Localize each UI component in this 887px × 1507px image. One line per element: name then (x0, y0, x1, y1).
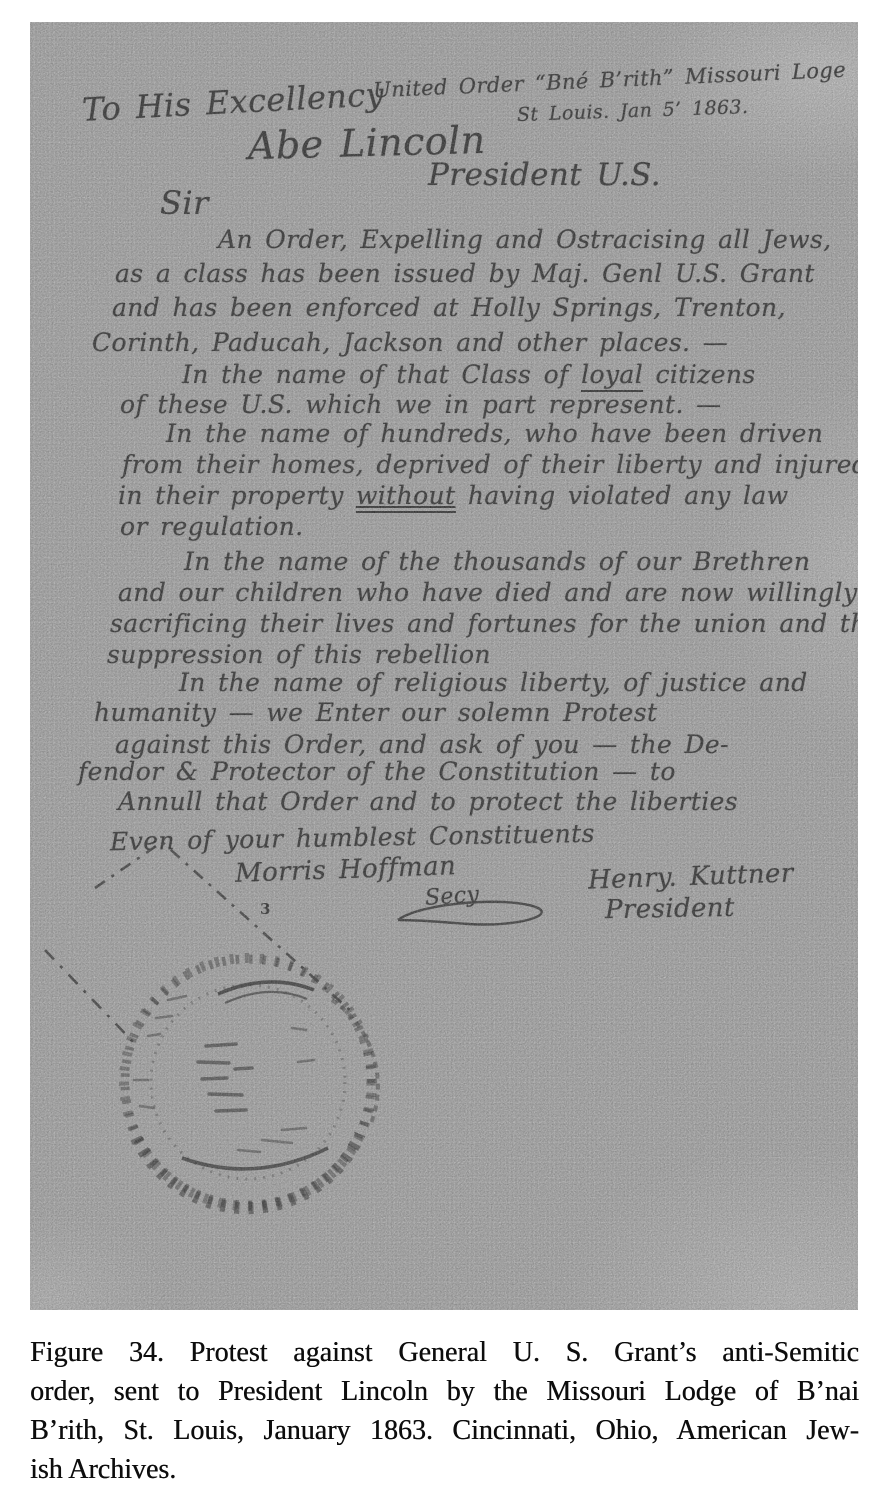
figure-caption: Figure 34. Protest against General U. S.… (30, 1333, 859, 1489)
letter-line: Corinth, Paducah, Jackson and other plac… (92, 330, 728, 355)
addressee-line-3: President U.S. (428, 160, 661, 191)
signature-secretary-name: Morris Hoffman (235, 853, 457, 887)
lodge-seal-icon (114, 948, 383, 1217)
letter-line: or regulation. (120, 514, 303, 539)
letter-line: as a class has been issued by Maj. Genl … (115, 261, 815, 286)
underlined-word-without: without (356, 481, 456, 513)
letter-line: In the name of the thousands of our Bret… (184, 549, 810, 574)
caption-line: B’rith, St. Louis, January 1863. Cincinn… (30, 1411, 859, 1450)
letter-line: An Order, Expelling and Ostracising all … (218, 227, 832, 252)
letter-line: and has been enforced at Holly Springs, … (112, 295, 786, 320)
caption-line: order, sent to President Lincoln by the … (30, 1372, 859, 1411)
signature-president-title: President (605, 895, 735, 923)
caption-line: Figure 34. Protest against General U. S.… (30, 1333, 859, 1372)
letter-line: In the name of that Class of loyal citiz… (182, 362, 756, 387)
letter-line: Annull that Order and to protect the lib… (118, 789, 738, 814)
letter-line: from their homes, deprived of their libe… (122, 452, 858, 477)
letter-line: in their property without having violate… (118, 483, 788, 508)
letter-line: of these U.S. which we in part represent… (120, 392, 722, 417)
caption-line: ish Archives. (30, 1450, 859, 1489)
letter-line: sacrificing their lives and fortunes for… (110, 611, 858, 636)
addressee-line-1: To His Excellency (81, 78, 384, 126)
letter-line: humanity — we Enter our solemn Protest (94, 700, 657, 725)
book-page: { "letter": { "org_line": "United Order … (0, 0, 887, 1507)
line-text: in their property (118, 481, 356, 510)
letter-line: In the name of religious liberty, of jus… (179, 670, 808, 695)
letter-photo: United Order “Bné B’rith” Missouri Loge … (30, 22, 858, 1310)
line-text: having violated any law (456, 481, 789, 510)
salutation: Sir (160, 187, 209, 219)
crease-label: 3 (260, 900, 270, 918)
signature-president-name: Henry. Kuttner (588, 860, 794, 893)
letter-line: In the name of hundreds, who have been d… (166, 421, 823, 446)
letter-line: and our children who have died and are n… (118, 580, 857, 605)
letter-line: fendor & Protector of the Constitution —… (78, 759, 676, 784)
line-text: citizens (643, 360, 755, 389)
line-text: In the name of that Class of (182, 360, 581, 389)
underlined-word-loyal: loyal (581, 360, 643, 392)
letter-line: against this Order, and ask of you — the… (115, 732, 729, 757)
letter-line: Even of your humblest Constituents (110, 821, 595, 854)
signature-secretary-title: Secy (424, 884, 480, 910)
letter-line: suppression of this rebellion (107, 642, 491, 667)
letterhead-org: United Order “Bné B’rith” Missouri Loge (373, 60, 847, 102)
letterhead-date: St Louis. Jan 5’ 1863. (517, 98, 749, 125)
